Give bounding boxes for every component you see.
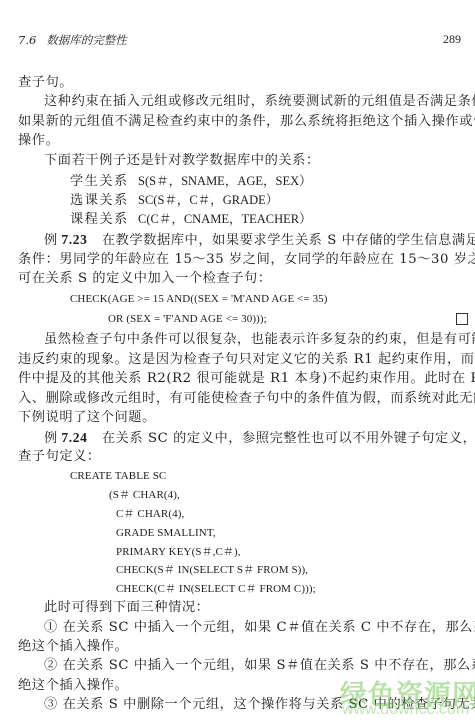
relation-name: 学生关系: [70, 172, 129, 191]
paragraph-line: 入、删除或修改元组时，有可能使检查子句中的条件值为假，而系统对此无能为力。: [18, 389, 468, 408]
code-line: CREATE TABLE SC: [70, 467, 166, 486]
paragraph-line: 绝这个插入操作。: [18, 676, 468, 695]
paragraph-line: 查子句定义：: [18, 447, 468, 466]
paragraph-line: 下例说明了这个问题。: [18, 408, 468, 427]
relation-definition: C(C＃，CNAME，TEACHER）: [138, 210, 312, 229]
paragraph-line: 虽然检查子句中条件可以很复杂，也能表示许多复杂的约束，但是有可能产生: [44, 330, 468, 349]
page-number: 289: [443, 32, 461, 47]
relation-definition: SC(S＃，C＃，GRADE）: [138, 191, 278, 210]
paragraph-line: 此时可得到下面三种情况：: [44, 598, 468, 617]
code-line: C＃ CHAR(4),: [116, 505, 184, 524]
example-heading: 例 7.23 在教学数据库中，如果要求学生关系 S 中存储的学生信息满足下列: [44, 230, 468, 250]
paragraph-line: 操作。: [18, 131, 468, 150]
paragraph-continuation: 查子句。: [18, 73, 468, 92]
relation-name: 课程关系: [70, 210, 129, 229]
example-number: 7.24: [61, 430, 87, 445]
running-head: 7.6数据库的完整性: [18, 32, 127, 48]
code-line: CHECK(S＃ IN(SELECT S＃ FROM S)),: [116, 561, 308, 580]
page-header: 7.6数据库的完整性 289: [18, 32, 461, 48]
end-of-example-square-icon: [456, 313, 468, 325]
code-line: OR (SEX = 'F'AND AGE <= 30)));: [108, 310, 267, 329]
example-number: 7.23: [61, 232, 87, 247]
example-prefix: 例: [44, 233, 61, 248]
code-line: CHECK(AGE >= 15 AND((SEX = 'M'AND AGE <=…: [70, 290, 328, 309]
list-item-case-1: ① 在关系 SC 中插入一个元组，如果 C＃值在关系 C 中不存在，那么系统将拒: [44, 618, 468, 637]
example-heading: 例 7.24 在关系 SC 的定义中，参照完整性也可以不用外键子句定义，而用检: [44, 428, 468, 448]
paragraph-line: 件中提及的其他关系 R2(R2 很可能就是 R1 本身)不起约束作用。此时在 R…: [18, 369, 468, 388]
section-number: 7.6: [18, 33, 36, 47]
code-line: CHECK(C＃ IN(SELECT C＃ FROM C)));: [116, 580, 316, 599]
paragraph-line: 绝这个插入操作。: [18, 637, 468, 656]
list-item-case-3: ③ 在关系 S 中删除一个元组，这个操作将与关系 SC 中的检查子句无关。如: [44, 695, 468, 714]
document-page: 7.6数据库的完整性 289 查子句。 这种约束在插入元组或修改元组时，系统要测…: [0, 0, 475, 728]
list-item-case-2: ② 在关系 SC 中插入一个元组，如果 S＃值在关系 S 中不存在，那么系统将拒: [44, 656, 468, 675]
section-title: 数据库的完整性: [46, 33, 127, 47]
paragraph-line: 条件：男同学的年龄应在 15～35 岁之间，女同学的年龄应在 15～30 岁之间…: [18, 250, 468, 269]
code-line: GRADE SMALLINT,: [116, 524, 216, 543]
paragraph-line: 下面若干例子还是针对教学数据库中的关系：: [44, 151, 468, 170]
example-text: 在关系 SC 的定义中，参照完整性也可以不用外键子句定义，而用检: [102, 431, 475, 446]
paragraph-line: 可在关系 S 的定义中加入一个检查子句：: [18, 269, 468, 288]
paragraph-line: 这种约束在插入元组或修改元组时，系统要测试新的元组值是否满足条件。: [44, 92, 468, 111]
paragraph-line: 如果新的元组值不满足检查约束中的条件，那么系统将拒绝这个插入操作或修改: [18, 112, 468, 131]
code-line: (S＃ CHAR(4),: [109, 486, 180, 505]
example-prefix: 例: [44, 431, 61, 446]
example-text: 在教学数据库中，如果要求学生关系 S 中存储的学生信息满足下列: [102, 233, 475, 248]
relation-name: 选课关系: [70, 191, 129, 210]
paragraph-line: 违反约束的现象。这是因为检查子句只对定义它的关系 R1 起约束作用，而对条: [18, 350, 468, 369]
relation-definition: S(S＃，SNAME，AGE，SEX）: [138, 172, 312, 191]
code-line: PRIMARY KEY(S＃,C＃),: [116, 543, 241, 562]
